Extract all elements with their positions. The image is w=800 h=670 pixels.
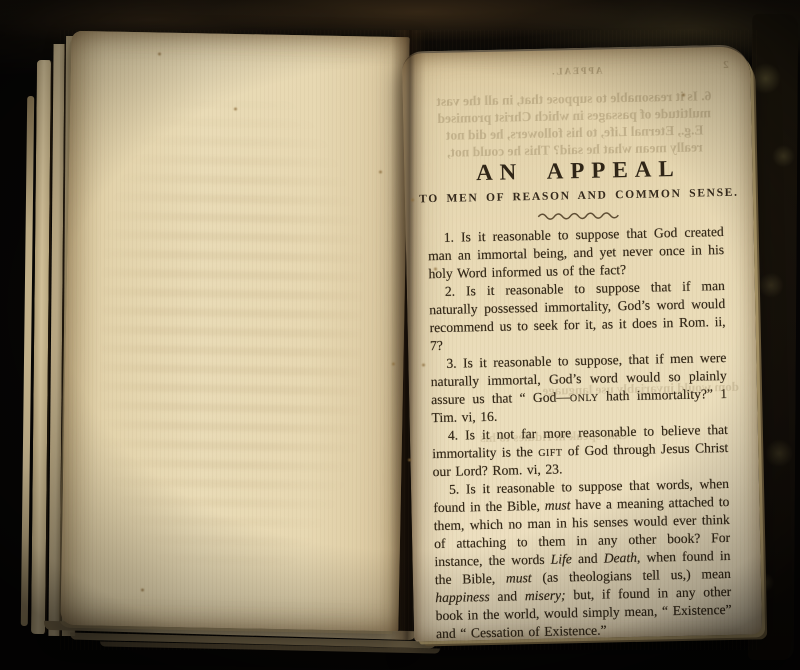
left-page [60, 31, 409, 631]
bleed-through-texture [95, 97, 366, 574]
paragraph: 2. Is it reasonable to suppose that if m… [429, 277, 726, 355]
foxing-spot [391, 362, 396, 366]
text-segment: 1. Is it reasonable to suppose that God … [428, 224, 724, 281]
foxing-spot [157, 52, 162, 56]
text-segment: and [490, 588, 526, 604]
foxing-spot [410, 198, 415, 202]
foxing-spot [421, 363, 426, 367]
foxing-spot [407, 458, 412, 462]
foxing-spot [140, 588, 145, 592]
text-segment: Death [604, 550, 638, 566]
book-photo: APPEAL. 2 6. Is it reasonable to suppose… [0, 0, 800, 670]
text-segment: must [506, 570, 532, 586]
text-segment: and [572, 551, 604, 567]
text-segment: Life [551, 551, 572, 566]
foxing-spot [378, 170, 383, 174]
right-page: APPEAL. 2 6. Is it reasonable to suppose… [402, 44, 762, 641]
foxing-spot [681, 93, 686, 97]
text-segment: gift [538, 443, 563, 459]
foxing-spot [233, 107, 238, 111]
paragraph: 1. Is it reasonable to suppose that God … [428, 223, 725, 283]
text-segment: happiness [435, 589, 490, 605]
text-segment: misery; [525, 587, 566, 603]
wavy-rule-icon [536, 210, 622, 221]
ghost-lines: 6. Is it reasonable to suppose that, in … [417, 87, 732, 162]
text-segment: must [545, 497, 571, 513]
ghost-page-number: 2 [723, 59, 729, 71]
text-segment: 2. Is it reasonable to suppose that if m… [429, 278, 726, 353]
ghost-running-head: APPEAL. [402, 62, 750, 79]
page-subtitle: TO MEN OF REASON AND COMMON SENSE. [405, 186, 753, 205]
paragraph: 5. Is it reasonable to suppose that word… [433, 475, 732, 643]
foxing-spot [433, 267, 438, 271]
text-segment: (as theologians tell us,) mean [531, 566, 731, 585]
